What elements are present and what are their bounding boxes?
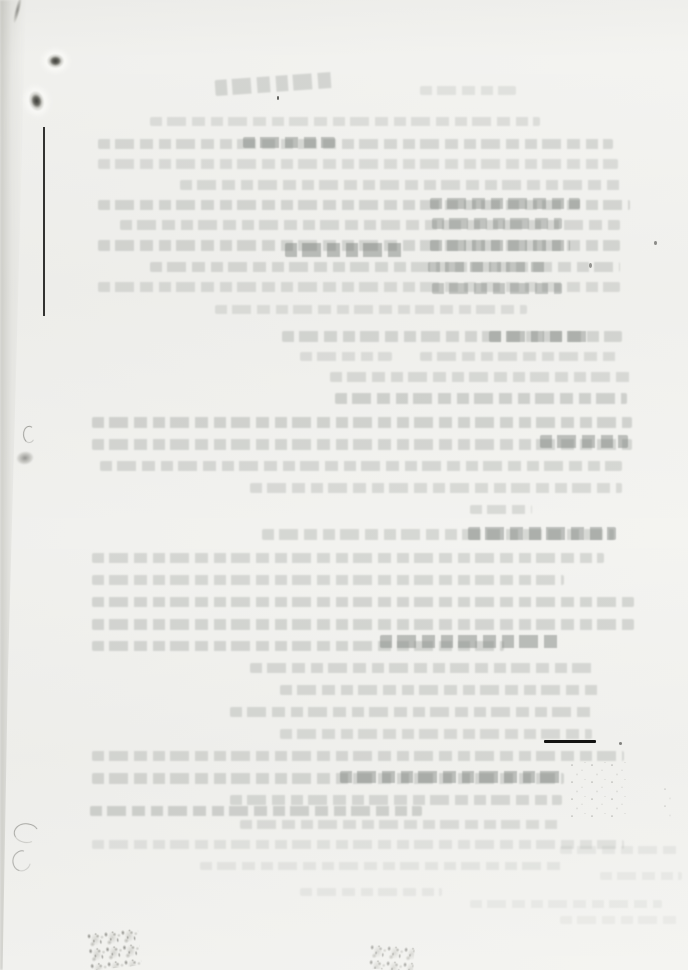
ghost-text-line [92, 597, 634, 607]
ghost-text-line [240, 820, 562, 829]
tiny-ink-dot-header [277, 96, 279, 100]
pencil-smudge-right [368, 943, 415, 970]
ghost-text-line [92, 751, 624, 761]
ghost-text-line [98, 139, 613, 149]
scissor-mark-left [11, 820, 40, 846]
ghost-text-line [100, 461, 622, 471]
ghost-text-line [470, 900, 662, 908]
ghost-text-line [92, 417, 632, 428]
ghost-text-line [285, 243, 403, 257]
ghost-text-line [180, 180, 620, 190]
ink-blob-mid-left [15, 450, 35, 466]
ghost-text-line [215, 305, 527, 314]
ghost-text-line [250, 663, 592, 673]
ghost-text-line [98, 159, 618, 169]
ghost-text-line [150, 262, 620, 272]
pencil-smudge-left [86, 927, 142, 970]
ghost-text-line [280, 729, 592, 739]
ghost-text-line [432, 218, 562, 229]
dot-right-of-rule [619, 742, 622, 745]
horizontal-rule [544, 740, 596, 743]
ghost-text-line [92, 840, 624, 849]
apostrophe-speck-2 [589, 263, 592, 268]
hook-mark-left [8, 848, 34, 875]
ghost-text-line [215, 72, 334, 96]
ghost-text-line [280, 685, 602, 695]
ghost-text-line [92, 619, 634, 630]
ghost-text-line [92, 553, 604, 563]
ghost-text-line [330, 372, 630, 382]
ghost-text-line [420, 86, 516, 95]
speck-cluster-bottom-right [568, 760, 626, 818]
ghost-text-line [150, 117, 540, 126]
ghost-text-line [200, 862, 562, 870]
ghost-text-line [243, 137, 335, 148]
ghost-text-line [250, 483, 622, 493]
ghost-text-line [335, 393, 627, 404]
ghost-text-line [420, 352, 620, 361]
ghost-text-line [300, 352, 392, 361]
ghost-text-line [489, 331, 589, 342]
ghost-text-line [430, 198, 580, 209]
scanned-page [0, 0, 688, 970]
ghost-text-line [470, 505, 532, 514]
ghost-text-line [230, 707, 592, 717]
staple-hole-mid [27, 89, 47, 112]
ghost-text-line [300, 888, 442, 896]
ghost-text-line [540, 435, 628, 448]
ghost-text-line [340, 771, 562, 783]
ink-curl-mid-left [22, 425, 37, 444]
ghost-text-line [92, 575, 564, 585]
ghost-text-line [468, 527, 616, 540]
ghost-text-line [230, 795, 562, 805]
ghost-text-line [428, 262, 548, 272]
ghost-text-line [560, 846, 682, 854]
ghost-text-line [560, 916, 682, 924]
ghost-text-line [90, 806, 422, 816]
staple-hole-top [47, 54, 64, 68]
apostrophe-speck-1 [654, 241, 657, 245]
ghost-text-line [432, 283, 562, 294]
ghost-text-line [600, 872, 682, 880]
ghost-text-line [430, 240, 570, 251]
right-edge-speckles [661, 784, 674, 820]
vertical-rule [43, 127, 45, 316]
ghost-text-line [92, 641, 504, 651]
